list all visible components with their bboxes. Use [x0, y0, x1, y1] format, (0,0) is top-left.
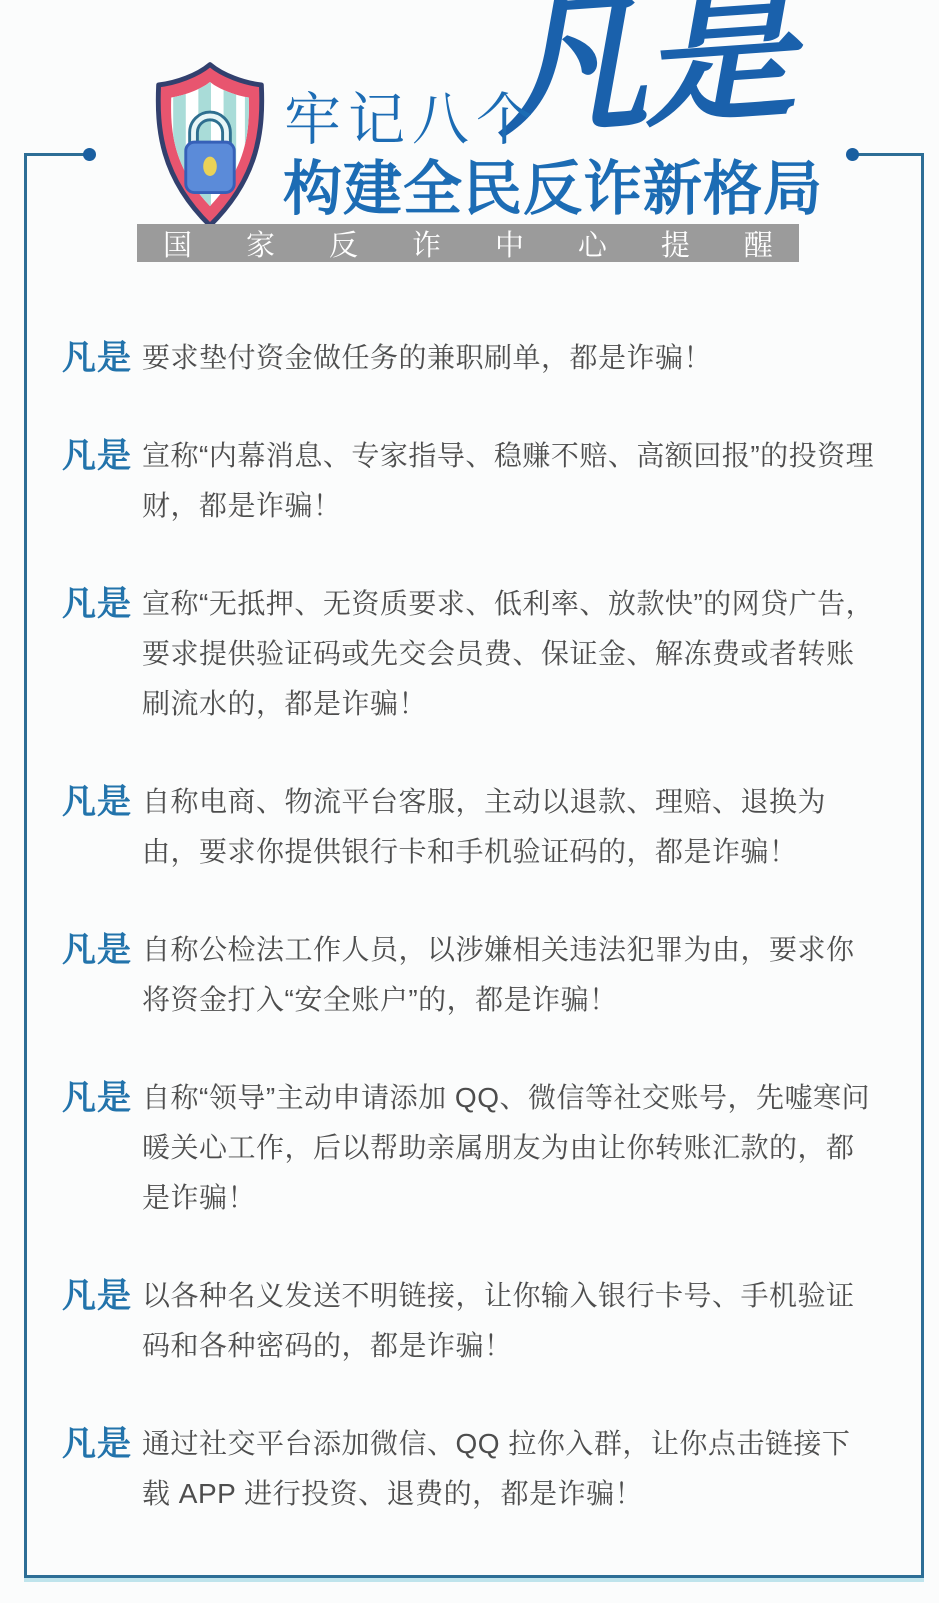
- frame-top-left-segment: [24, 153, 90, 156]
- list-item: 凡是 以各种名义发送不明链接，让你输入银行卡号、手机验证码和各种密码的，都是诈骗…: [62, 1271, 878, 1371]
- ribbon-char: 心: [578, 223, 607, 264]
- item-text: 要求垫付资金做任务的兼职刷单，都是诈骗！: [142, 333, 878, 383]
- title-subtitle: 构建全民反诈新格局: [283, 141, 823, 226]
- ribbon-char: 家: [246, 223, 275, 264]
- frame-top-right-segment: [852, 153, 921, 156]
- ribbon-char: 国: [163, 223, 192, 264]
- list-item: 凡是 自称公检法工作人员，以涉嫌相关违法犯罪为由，要求你将资金打入“安全账户”的…: [62, 925, 878, 1025]
- item-label: 凡是: [62, 1271, 142, 1321]
- item-text: 宣称“内幕消息、专家指导、稳赚不赔、高额回报”的投资理财，都是诈骗！: [142, 431, 878, 531]
- item-label: 凡是: [62, 579, 142, 629]
- ribbon-banner: 国家反诈中心提醒: [137, 224, 799, 262]
- ribbon-char: 中: [495, 223, 524, 264]
- item-text: 通过社交平台添加微信、QQ 拉你入群，让你点击链接下载 APP 进行投资、退费的…: [142, 1419, 878, 1519]
- item-text: 以各种名义发送不明链接，让你输入银行卡号、手机验证码和各种密码的，都是诈骗！: [142, 1271, 878, 1371]
- ribbon-char: 提: [661, 223, 690, 264]
- list-item: 凡是 自称电商、物流平台客服，主动以退款、理赔、退换为由，要求你提供银行卡和手机…: [62, 777, 878, 877]
- frame-dot-right: [846, 148, 859, 161]
- item-label: 凡是: [62, 777, 142, 827]
- ribbon-char: 诈: [412, 223, 441, 264]
- list-item: 凡是 要求垫付资金做任务的兼职刷单，都是诈骗！: [62, 333, 878, 383]
- item-label: 凡是: [62, 431, 142, 481]
- ribbon-char: 醒: [744, 223, 773, 264]
- list-item: 凡是 自称“领导”主动申请添加 QQ、微信等社交账号，先嘘寒问暖关心工作，后以帮…: [62, 1073, 878, 1223]
- item-text: 自称公检法工作人员，以涉嫌相关违法犯罪为由，要求你将资金打入“安全账户”的，都是…: [142, 925, 878, 1025]
- item-label: 凡是: [62, 1073, 142, 1123]
- fanshi-list: 凡是 要求垫付资金做任务的兼职刷单，都是诈骗！ 凡是 宣称“内幕消息、专家指导、…: [62, 333, 878, 1567]
- item-label: 凡是: [62, 925, 142, 975]
- poster-canvas: 凡是 牢记八个 构建全民反诈新格局 国家反诈中心提醒 凡是 要求垫付资金做任务的…: [0, 0, 939, 1603]
- item-text: 自称电商、物流平台客服，主动以退款、理赔、退换为由，要求你提供银行卡和手机验证码…: [142, 777, 878, 877]
- frame-dot-left: [83, 148, 96, 161]
- item-label: 凡是: [62, 1419, 142, 1469]
- list-item: 凡是 通过社交平台添加微信、QQ 拉你入群，让你点击链接下载 APP 进行投资、…: [62, 1419, 878, 1519]
- list-item: 凡是 宣称“无抵押、无资质要求、低利率、放款快”的网贷广告，要求提供验证码或先交…: [62, 579, 878, 729]
- item-text: 宣称“无抵押、无资质要求、低利率、放款快”的网贷广告，要求提供验证码或先交会员费…: [142, 579, 878, 729]
- shield-lock-icon: [147, 56, 273, 241]
- ribbon-char: 反: [329, 223, 358, 264]
- item-label: 凡是: [62, 333, 142, 383]
- list-item: 凡是 宣称“内幕消息、专家指导、稳赚不赔、高额回报”的投资理财，都是诈骗！: [62, 431, 878, 531]
- item-text: 自称“领导”主动申请添加 QQ、微信等社交账号，先嘘寒问暖关心工作，后以帮助亲属…: [142, 1073, 878, 1223]
